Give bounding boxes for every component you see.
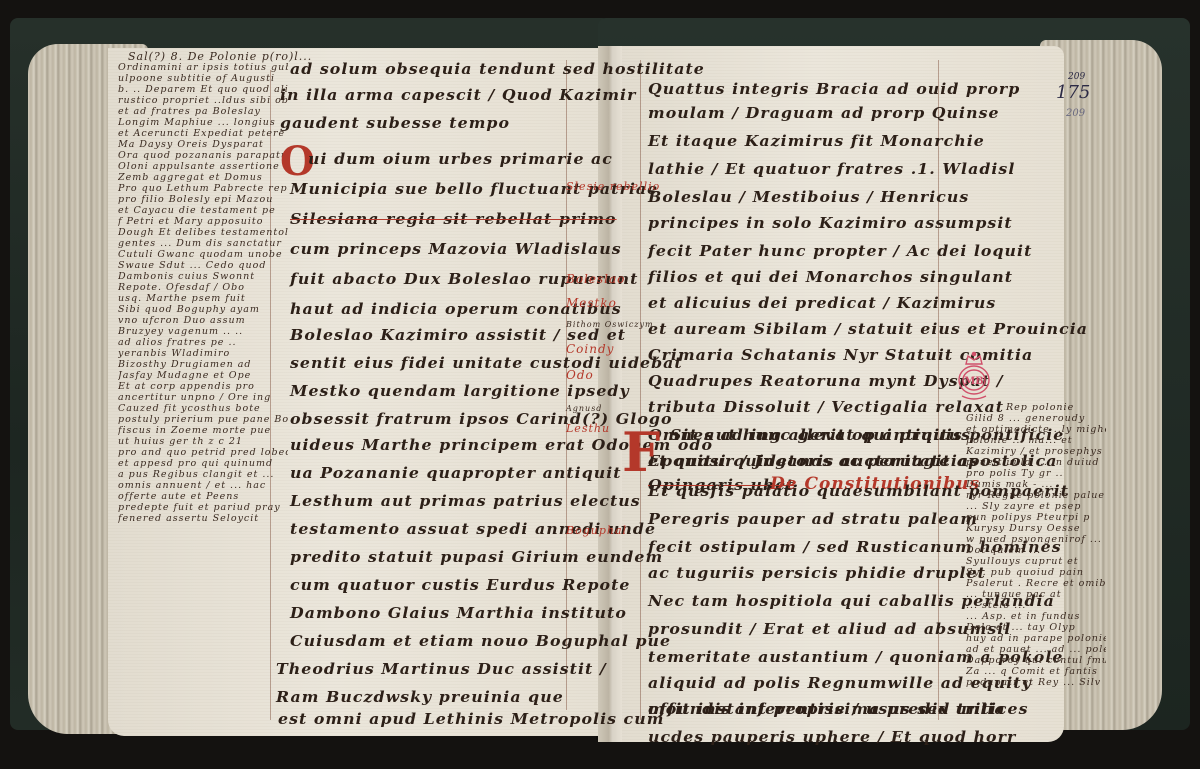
library-stamp-icon: MB xyxy=(952,350,996,404)
svg-text:MB: MB xyxy=(964,376,984,387)
left-margin-glosses: Ordinamini ar ipsis totius gubino ulpoon… xyxy=(118,62,288,622)
right-main-line-13: moundis inferentissima predix unlia xyxy=(648,700,1006,718)
ruling-line-right-inner xyxy=(640,60,641,720)
old-folio-number: 209 xyxy=(1066,108,1085,119)
right-margin-notes: Rep polonie Gilid 8 ... generoudy et opt… xyxy=(966,402,1106,722)
left-main-line-24: est omni apud Lethinis Metropolis cum xyxy=(278,710,664,728)
folio-number: 175 xyxy=(1056,82,1090,103)
old-folio-note-top: 209 xyxy=(1068,72,1085,82)
